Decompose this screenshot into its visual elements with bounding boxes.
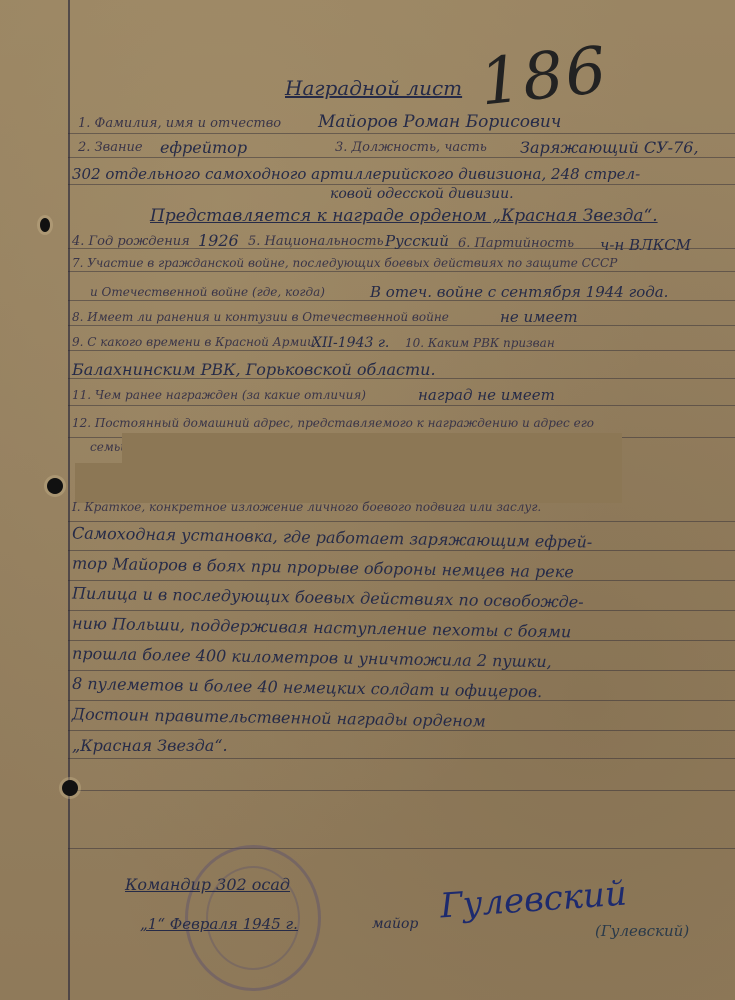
field-10-value: Балахнинским РВК, Горьковской области. <box>72 360 436 379</box>
narrative-line: прошла более 400 километров и уничтожила… <box>72 644 552 671</box>
field-5-label: 5. Национальность <box>248 234 384 249</box>
field-9-value: XII-1943 г. <box>312 335 389 351</box>
commander-title: Командир 302 осад <box>125 875 290 894</box>
award-nomination: Представляется к награде орденом „Красна… <box>150 206 658 226</box>
narrative-line: „Красная Звезда“. <box>72 736 228 755</box>
binder-hole <box>62 780 78 796</box>
rule-line <box>68 700 735 701</box>
field-3-value-cont2: ковой одесской дивизии. <box>330 186 514 202</box>
rule-line <box>68 640 735 641</box>
field-10-label: 10. Каким РВК призван <box>405 336 555 350</box>
signature: Гулевский <box>439 874 628 927</box>
field-1-label: 1. Фамилия, имя и отчество <box>78 116 281 131</box>
field-11-value: наград не имеет <box>418 386 555 404</box>
field-8-label: 8. Имеет ли ранения и контузии в Отечест… <box>72 310 449 324</box>
rule-line <box>68 550 735 551</box>
field-6-label: 6. Партийность <box>458 236 574 251</box>
rule-line <box>68 758 735 759</box>
field-2-value: ефрейтор <box>160 138 247 157</box>
rule-line <box>68 580 735 581</box>
margin-line <box>68 0 70 1000</box>
sheet-number: 186 <box>476 34 611 121</box>
rule-line <box>68 350 735 351</box>
field-7-label-cont: и Отечественной войне (где, когда) <box>90 285 325 299</box>
rule-line <box>68 157 735 158</box>
field-4-label: 4. Год рождения <box>72 234 190 249</box>
redacted-address <box>122 433 622 463</box>
award-sheet: Наградной лист 186 1. Фамилия, имя и отч… <box>0 0 735 1000</box>
field-7-label: 7. Участие в гражданской войне, последую… <box>72 256 617 270</box>
field-3-value: Заряжающий СУ-76, <box>520 138 699 157</box>
field-2-label: 2. Звание <box>78 140 143 155</box>
rule-line <box>68 790 735 791</box>
narrative-line: тор Майоров в боях при прорыве обороны н… <box>72 554 574 582</box>
narrative-line: Самоходная установка, где работает заряж… <box>72 523 593 551</box>
narrative-line: нию Польши, поддерживая наступление пехо… <box>72 614 572 642</box>
rule-line <box>68 848 735 849</box>
field-3-label: 3. Должность, часть <box>335 140 487 155</box>
rule-line <box>68 184 735 185</box>
field-5-value: Русский <box>385 232 449 250</box>
document-title: Наградной лист <box>285 76 462 100</box>
field-8-value: не имеет <box>500 308 578 326</box>
signer-rank: майор <box>372 916 418 932</box>
field-9-label: 9. С какого времени в Красной Армии <box>72 335 315 349</box>
rule-line <box>68 670 735 671</box>
narrative-line: Пилица и в последующих боевых действиях … <box>72 584 584 612</box>
field-12-label: 12. Постоянный домашний адрес, представл… <box>72 416 594 430</box>
field-3-value-cont: 302 отдельного самоходного артиллерийско… <box>72 165 640 183</box>
binder-hole <box>40 218 50 232</box>
sign-date: „1“ Февраля 1945 г. <box>140 915 298 933</box>
field-6-value: ч-н ВЛКСМ <box>600 236 691 254</box>
rule-line <box>68 730 735 731</box>
narrative-line: 8 пулеметов и более 40 немецких солдат и… <box>72 674 543 701</box>
narrative-line: Достоин правительственной награды ордено… <box>72 704 486 730</box>
field-11-label: 11. Чем ранее награжден (за какие отличи… <box>72 388 366 402</box>
field-7-value: В отеч. войне с сентября 1944 года. <box>370 283 668 301</box>
field-4-value: 1926 <box>198 231 239 250</box>
rule-line <box>68 521 735 522</box>
field-1-value: Майоров Роман Борисович <box>318 112 561 132</box>
rule-line <box>68 405 735 406</box>
signer-name: (Гулевский) <box>595 922 689 940</box>
binder-hole <box>47 478 63 494</box>
rule-line <box>68 325 735 326</box>
rule-line <box>68 133 735 134</box>
rule-line <box>68 610 735 611</box>
redacted-address <box>75 463 622 503</box>
rule-line <box>68 271 735 272</box>
summary-label: I. Краткое, конкретное изложение личного… <box>72 500 541 514</box>
